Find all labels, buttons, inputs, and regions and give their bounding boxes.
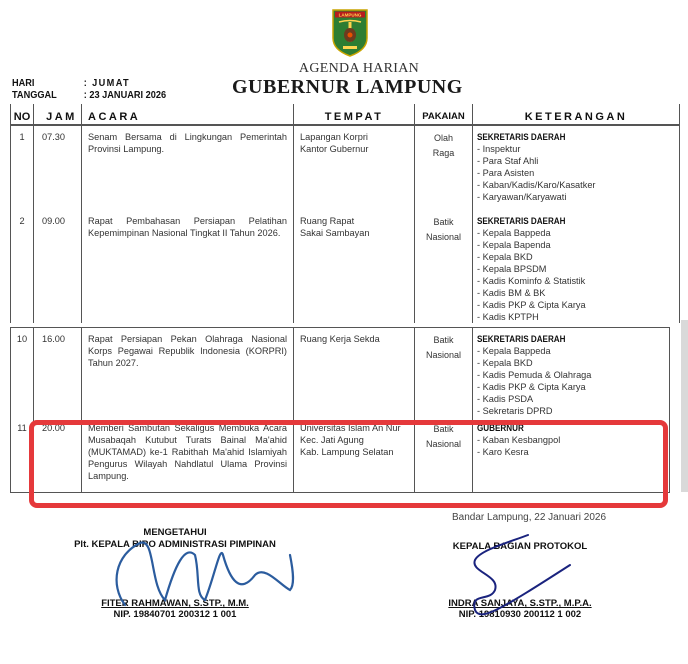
pakaian-line: Raga bbox=[415, 146, 472, 161]
cell-acara: Rapat Pembahasan Persiapan Pelatihan Kep… bbox=[82, 210, 294, 323]
cell-tempat: Lapangan KorpriKantor Gubernur bbox=[294, 125, 415, 210]
lampung-emblem-logo: LAMPUNG bbox=[330, 8, 370, 58]
page-edge-shadow bbox=[681, 320, 688, 492]
cell-jam: 09.00 bbox=[34, 210, 82, 323]
date-value: : 23 JANUARI 2026 bbox=[84, 90, 166, 101]
keterangan-heading: SEKRETARIS DAERAH bbox=[477, 215, 655, 227]
cell-pakaian: BatikNasional bbox=[415, 328, 473, 418]
keterangan-item: - Karyawan/Karyawati bbox=[477, 191, 675, 203]
keterangan-item: - Kadis Pemuda & Olahraga bbox=[477, 369, 665, 381]
cell-acara: Senam Bersama di Lingkungan Pemerintah P… bbox=[82, 125, 294, 210]
keterangan-item: - Kadis KPTPH bbox=[477, 311, 675, 323]
column-header-pakaian: PAKAIAN bbox=[415, 104, 473, 125]
keterangan-item: - Kepala Bappeda bbox=[477, 345, 665, 357]
column-header-jam: JAM bbox=[34, 104, 82, 125]
cell-jam: 07.30 bbox=[34, 125, 82, 210]
cell-keterangan: SEKRETARIS DAERAH- Inspektur- Para Staf … bbox=[473, 125, 680, 210]
column-header-keterangan: KETERANGAN bbox=[473, 104, 680, 125]
keterangan-item: - Kadis BM & BK bbox=[477, 287, 675, 299]
table-row: 209.00Rapat Pembahasan Persiapan Pelatih… bbox=[11, 210, 680, 323]
tempat-line: Ruang Rapat bbox=[300, 215, 408, 227]
cell-no: 2 bbox=[11, 210, 34, 323]
cell-keterangan: SEKRETARIS DAERAH- Kepala Bappeda- Kepal… bbox=[473, 210, 680, 323]
cell-keterangan: SEKRETARIS DAERAH- Kepala Bappeda- Kepal… bbox=[473, 328, 670, 418]
keterangan-item: - Kadis Kominfo & Statistik bbox=[477, 275, 675, 287]
agenda-table-top: NO JAM ACARA TEMPAT PAKAIAN KETERANGAN 1… bbox=[10, 104, 680, 323]
cell-pakaian: OlahRaga bbox=[415, 125, 473, 210]
cell-no: 10 bbox=[11, 328, 34, 418]
day-row: HARI: JUMAT bbox=[12, 78, 130, 89]
tempat-line: Sakai Sambayan bbox=[300, 227, 408, 239]
date-label: TANGGAL bbox=[12, 90, 84, 101]
cell-jam: 16.00 bbox=[34, 328, 82, 418]
logo-text: LAMPUNG bbox=[339, 12, 362, 17]
highlight-box bbox=[29, 420, 668, 508]
cell-tempat: Ruang Kerja Sekda bbox=[294, 328, 415, 418]
keterangan-item: - Kepala BKD bbox=[477, 251, 675, 263]
keterangan-item: - Kadis PSDA bbox=[477, 393, 665, 405]
pakaian-line: Nasional bbox=[415, 348, 472, 363]
signature-block-left: MENGETAHUI Plt. KEPALA BIRO ADMINISTRASI… bbox=[50, 527, 300, 620]
table-row: 1016.00Rapat Persiapan Pekan Olahraga Na… bbox=[11, 328, 670, 418]
keterangan-item: - Kadis PKP & Cipta Karya bbox=[477, 299, 675, 311]
tempat-line: Kantor Gubernur bbox=[300, 143, 408, 155]
keterangan-item: - Kadis PKP & Cipta Karya bbox=[477, 381, 665, 393]
tempat-line: Lapangan Korpri bbox=[300, 131, 408, 143]
column-header-tempat: TEMPAT bbox=[294, 104, 415, 125]
keterangan-item: - Kaban/Kadis/Karo/Kasatker bbox=[477, 179, 675, 191]
pakaian-line: Nasional bbox=[415, 230, 472, 245]
cell-acara: Rapat Persiapan Pekan Olahraga Nasional … bbox=[82, 328, 294, 418]
signer-name-left: FITER RAHMAWAN, S.STP., M.M. bbox=[50, 598, 300, 609]
signer-nip-left: NIP. 19840701 200312 1 001 bbox=[50, 609, 300, 620]
signer-name-right: INDRA SANJAYA, S.STP., M.P.A. bbox=[400, 598, 640, 609]
keterangan-item: - Para Staf Ahli bbox=[477, 155, 675, 167]
signer-title-right: KEPALA BAGIAN PROTOKOL bbox=[400, 541, 640, 552]
signer-nip-right: NIP. 19810930 200112 1 002 bbox=[400, 609, 640, 620]
pakaian-line: Batik bbox=[415, 333, 472, 348]
agenda-label: AGENDA HARIAN bbox=[0, 61, 688, 77]
pakaian-line: Batik bbox=[415, 215, 472, 230]
table-row: 107.30Senam Bersama di Lingkungan Pemeri… bbox=[11, 125, 680, 210]
keterangan-heading: SEKRETARIS DAERAH bbox=[477, 131, 655, 143]
cell-pakaian: BatikNasional bbox=[415, 210, 473, 323]
column-header-acara: ACARA bbox=[82, 104, 294, 125]
keterangan-item: - Kepala BKD bbox=[477, 357, 665, 369]
keterangan-item: - Inspektur bbox=[477, 143, 675, 155]
keterangan-item: - Sekretaris DPRD bbox=[477, 405, 665, 417]
document-title: GUBERNUR LAMPUNG bbox=[232, 76, 463, 99]
keterangan-item: - Kepala Bapenda bbox=[477, 239, 675, 251]
signature-block-right: KEPALA BAGIAN PROTOKOL INDRA SANJAYA, S.… bbox=[400, 541, 640, 620]
cell-tempat: Ruang RapatSakai Sambayan bbox=[294, 210, 415, 323]
day-label: HARI bbox=[12, 78, 84, 89]
column-header-no: NO bbox=[11, 104, 34, 125]
keterangan-item: - Kepala BPSDM bbox=[477, 263, 675, 275]
date-row: TANGGAL: 23 JANUARI 2026 bbox=[12, 90, 166, 101]
keterangan-heading: SEKRETARIS DAERAH bbox=[477, 333, 646, 345]
place-date: Bandar Lampung, 22 Januari 2026 bbox=[452, 512, 606, 523]
signer-title-left: Plt. KEPALA BIRO ADMINISTRASI PIMPINAN bbox=[50, 539, 300, 550]
keterangan-item: - Para Asisten bbox=[477, 167, 675, 179]
keterangan-item: - Kepala Bappeda bbox=[477, 227, 675, 239]
table-header-row: NO JAM ACARA TEMPAT PAKAIAN KETERANGAN bbox=[11, 104, 680, 125]
pakaian-line: Olah bbox=[415, 131, 472, 146]
day-value: : JUMAT bbox=[84, 78, 130, 89]
tempat-line: Ruang Kerja Sekda bbox=[300, 333, 408, 345]
cell-no: 1 bbox=[11, 125, 34, 210]
acknowledged-label: MENGETAHUI bbox=[50, 527, 300, 538]
